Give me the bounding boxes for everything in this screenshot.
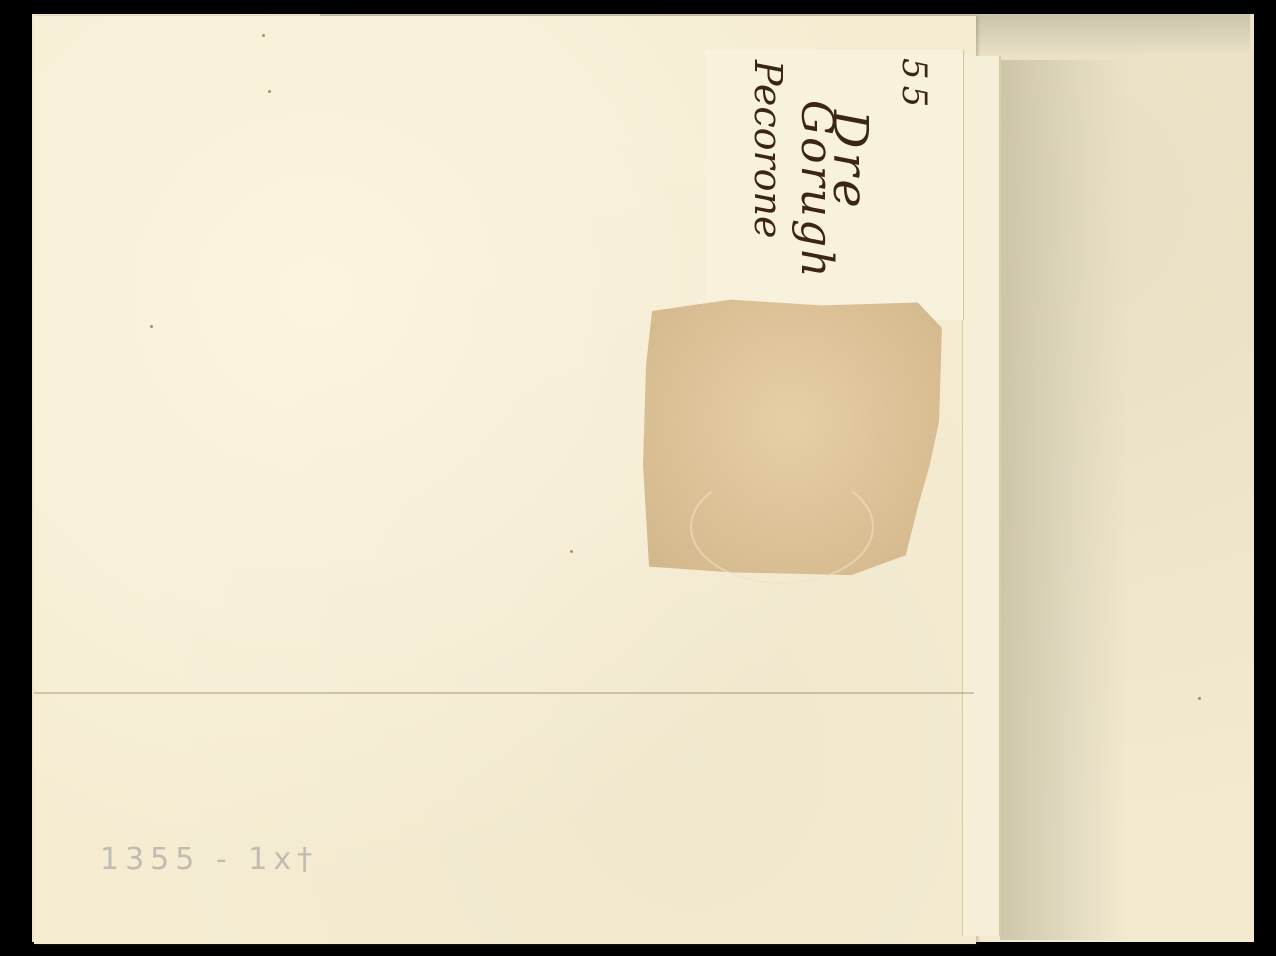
- seal-impression-ring: [690, 470, 874, 584]
- pencil-annotation: 1355 - 1x†: [100, 842, 318, 877]
- black-background: 55 Dre Gorugh Pecorone 1355 - 1x†: [0, 0, 1276, 956]
- handwriting-line-3: Gorugh: [791, 100, 842, 280]
- horizontal-fold-line: [34, 692, 974, 694]
- folded-edge-strip: [962, 56, 1001, 936]
- ink-speck: [570, 550, 573, 553]
- ink-speck: [1198, 697, 1201, 700]
- ink-speck: [268, 90, 271, 93]
- ink-speck: [150, 325, 153, 328]
- handwriting-line-4: Pecorone: [746, 60, 790, 239]
- right-panel-shadow: [1000, 60, 1130, 940]
- ink-speck: [262, 34, 265, 37]
- handwriting-line-1: 55: [894, 58, 934, 113]
